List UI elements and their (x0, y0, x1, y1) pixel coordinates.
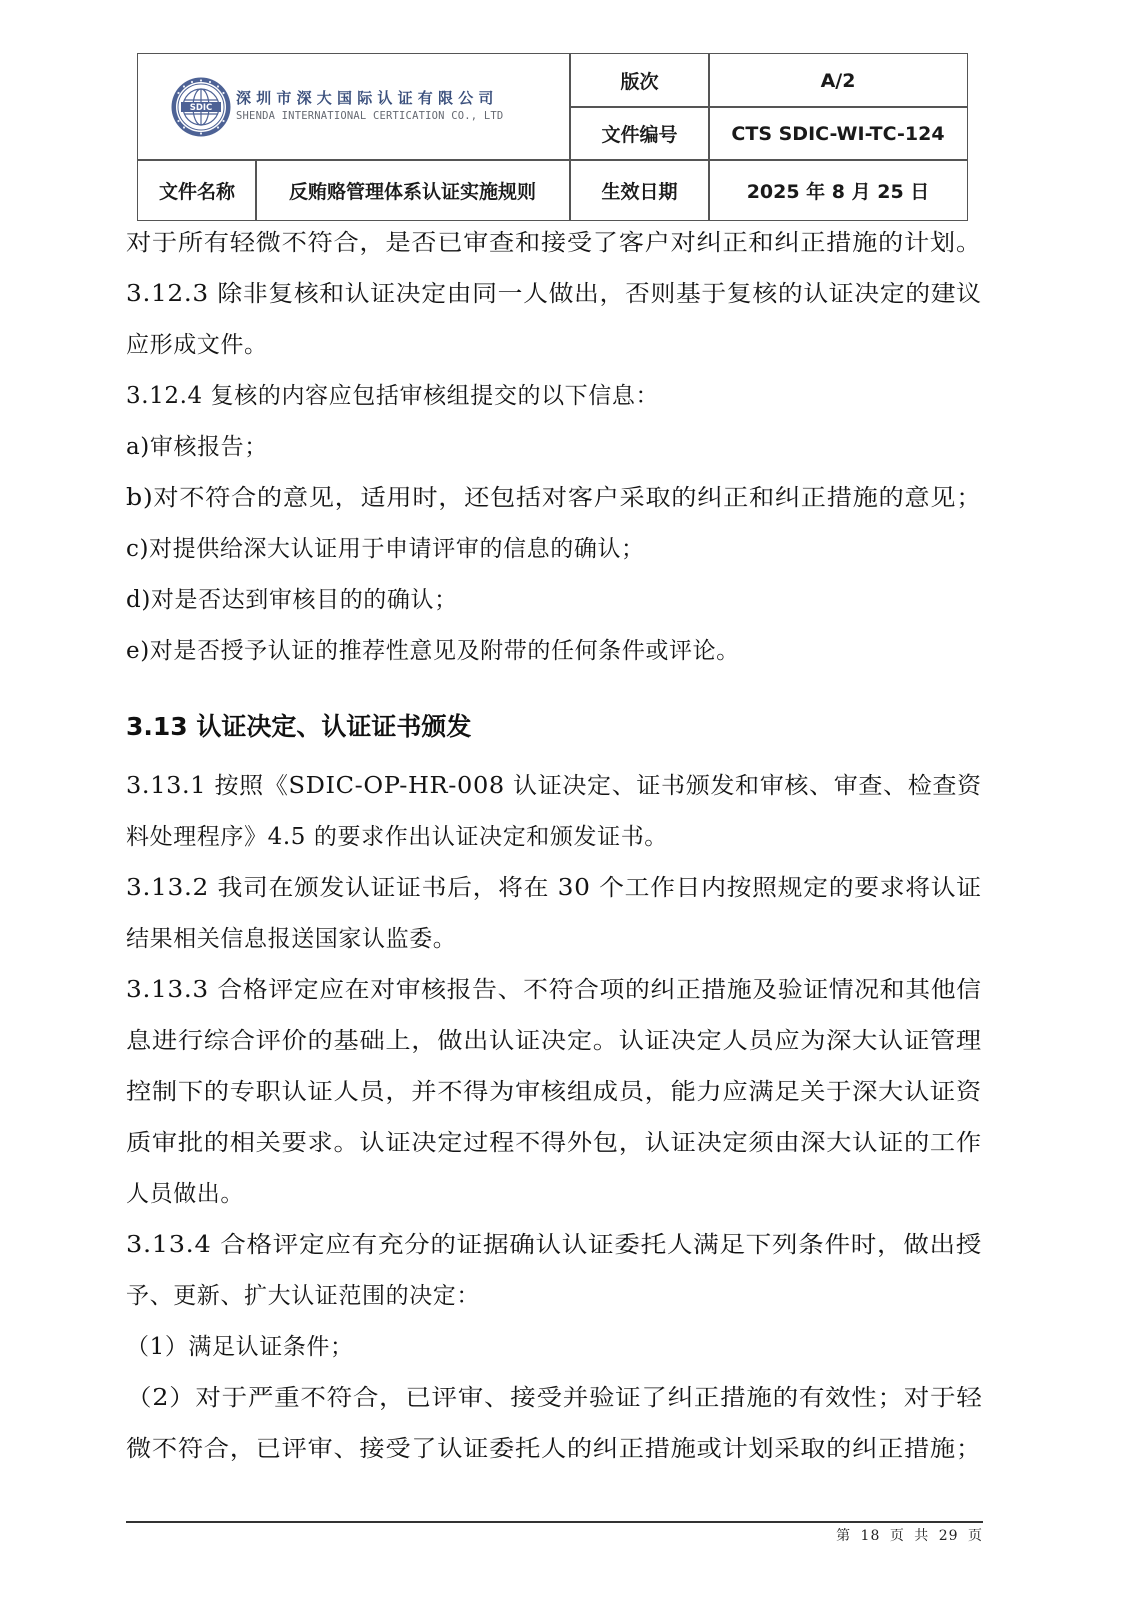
section-heading: 3.13 认证决定、认证证书颁发 (126, 707, 471, 743)
body-line: 3.12.3 除非复核和认证决定由同一人做出，否则基于复核的认证决定的建议 (126, 275, 982, 308)
body-line: 3.13.2 我司在颁发认证证书后，将在 30 个工作日内按照规定的要求将认证 (126, 869, 982, 902)
body-line: 应形成文件。 (126, 326, 268, 359)
document-page: SDIC 深圳市深大国际认证有限公司 SHENDA INTERNATIONAL … (0, 0, 1131, 1600)
body-line: 3.13.1 按照《SDIC-OP-HR-008 认证决定、证书颁发和审核、审查… (126, 767, 982, 800)
doc-number-label: 文件编号 (570, 107, 709, 160)
company-name-en: SHENDA INTERNATIONAL CERTICATION CO., LT… (236, 109, 503, 123)
list-item: e)对是否授予认证的推荐性意见及附带的任何条件或评论。 (126, 632, 740, 665)
list-item: c)对提供给深大认证用于申请评审的信息的确认； (126, 530, 645, 563)
body-line: 3.12.4 复核的内容应包括审核组提交的以下信息： (126, 377, 659, 410)
company-logo-cell: SDIC 深圳市深大国际认证有限公司 SHENDA INTERNATIONAL … (138, 54, 570, 159)
company-logo: SDIC 深圳市深大国际认证有限公司 SHENDA INTERNATIONAL … (170, 76, 503, 138)
version-label: 版次 (570, 54, 709, 107)
body-line: 3.13.4 合格评定应有充分的证据确认认证委托人满足下列条件时，做出授 (126, 1226, 982, 1259)
company-name-cn: 深圳市深大国际认证有限公司 (236, 88, 503, 108)
body-line: 对于所有轻微不符合，是否已审查和接受了客户对纠正和纠正措施的计划。 (126, 224, 982, 257)
doc-name-value: 反贿赂管理体系认证实施规则 (256, 160, 569, 220)
version-value: A/2 (709, 54, 967, 107)
list-item: （2）对于严重不符合，已评审、接受并验证了纠正措施的有效性；对于轻 (126, 1379, 982, 1412)
body-line: 质审批的相关要求。认证决定过程不得外包，认证决定须由深大认证的工作 (126, 1124, 982, 1157)
globe-emblem-icon: SDIC (170, 76, 232, 138)
effective-date-label: 生效日期 (570, 160, 709, 220)
list-item: d)对是否达到审核目的的确认； (126, 581, 458, 614)
body-line: 控制下的专职认证人员，并不得为审核组成员，能力应满足关于深大认证资 (126, 1073, 982, 1106)
page-number: 第 18 页 共 29 页 (836, 1525, 983, 1545)
footer-divider (126, 1521, 983, 1523)
list-item: b)对不符合的意见，适用时，还包括对客户采取的纠正和纠正措施的意见； (126, 479, 982, 512)
effective-date-value: 2025 年 8 月 25 日 (709, 160, 967, 220)
body-line: 息进行综合评价的基础上，做出认证决定。认证决定人员应为深大认证管理 (126, 1022, 982, 1055)
body-line: 微不符合，已评审、接受了认证委托人的纠正措施或计划采取的纠正措施； (126, 1430, 982, 1463)
list-item: （1）满足认证条件； (126, 1328, 354, 1361)
svg-text:SDIC: SDIC (190, 103, 213, 113)
body-line: 结果相关信息报送国家认监委。 (126, 920, 456, 953)
document-header-table: SDIC 深圳市深大国际认证有限公司 SHENDA INTERNATIONAL … (137, 53, 968, 221)
body-line: 予、更新、扩大认证范围的决定： (126, 1277, 480, 1310)
body-line: 人员做出。 (126, 1175, 244, 1208)
body-line: 3.13.3 合格评定应在对审核报告、不符合项的纠正措施及验证情况和其他信 (126, 971, 982, 1004)
list-item: a)审核报告； (126, 428, 268, 461)
doc-name-label: 文件名称 (138, 160, 256, 220)
body-line: 料处理程序》4.5 的要求作出认证决定和颁发证书。 (126, 818, 668, 851)
doc-number-value: CTS SDIC-WI-TC-124 (709, 107, 967, 160)
